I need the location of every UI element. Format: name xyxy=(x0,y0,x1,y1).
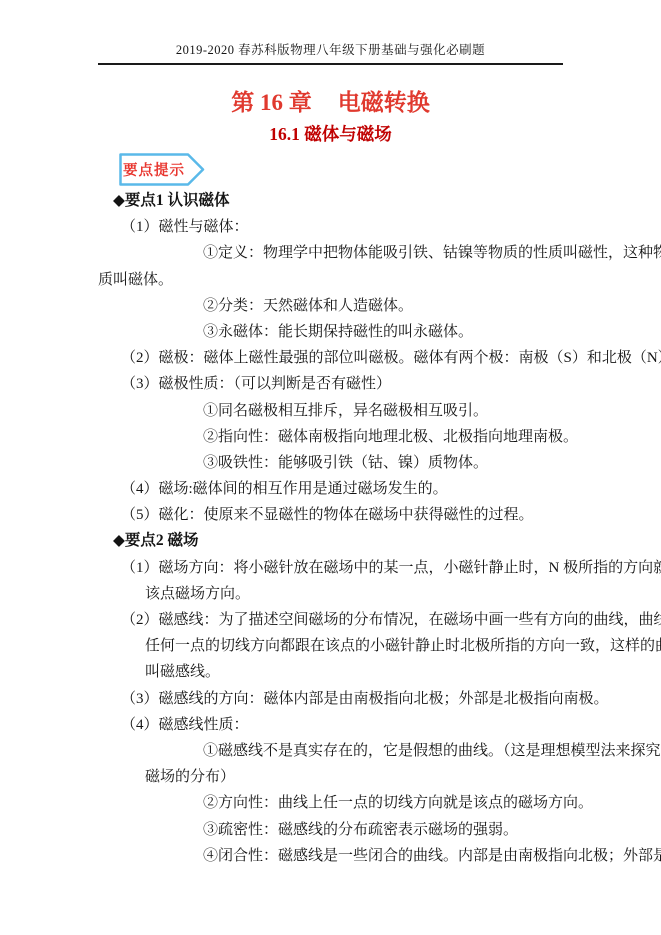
chapter-name: 电磁转换 xyxy=(338,90,430,115)
content-line: ①定义：物理学中把物体能吸引铁、钴镍等物质的性质叫磁性，这种物 xyxy=(0,240,661,266)
content-line: ③吸铁性：能够吸引铁（钴、镍）质物体。 xyxy=(0,450,661,476)
content-line: 叫磁感线。 xyxy=(0,659,661,685)
badge-label: 要点提示 xyxy=(119,153,189,186)
content-line: ①磁感线不是真实存在的，它是假想的曲线。（这是理想模型法来探究 xyxy=(0,738,661,764)
content-line: ②方向性：曲线上任一点的切线方向就是该点的磁场方向。 xyxy=(0,790,661,816)
content-line: （2）磁感线：为了描述空间磁场的分布情况，在磁场中画一些有方向的曲线，曲线上 xyxy=(0,607,661,633)
content-line: ④闭合性：磁感线是一些闭合的曲线。内部是由南极指向北极；外部是 xyxy=(0,843,661,869)
content-line: （2）磁极：磁体上磁性最强的部位叫磁极。磁体有两个极：南极（S）和北极（N）。 xyxy=(0,345,661,371)
content-line: ①同名磁极相互排斥，异名磁极相互吸引。 xyxy=(0,398,661,424)
content-line: （4）磁感线性质： xyxy=(0,712,661,738)
section-subtitle: 16.1 磁体与磁场 xyxy=(0,121,661,146)
content-line: （1）磁性与磁体： xyxy=(0,214,661,240)
content-line: 质叫磁体。 xyxy=(0,267,661,293)
content-line: （3）磁极性质：（可以判断是否有磁性） xyxy=(0,371,661,397)
content-line: （4）磁场:磁体间的相互作用是通过磁场发生的。 xyxy=(0,476,661,502)
chapter-number: 第 16 章 xyxy=(231,90,312,115)
content-line: ③疏密性：磁感线的分布疏密表示磁场的强弱。 xyxy=(0,817,661,843)
content-line: ◆要点1 认识磁体 xyxy=(0,188,661,214)
content-body: ◆要点1 认识磁体（1）磁性与磁体：①定义：物理学中把物体能吸引铁、钴镍等物质的… xyxy=(0,188,661,869)
content-line: （1）磁场方向：将小磁针放在磁场中的某一点，小磁针静止时，N 极所指的方向就是 xyxy=(0,555,661,581)
content-line: ②指向性：磁体南极指向地理北极、北极指向地理南极。 xyxy=(0,424,661,450)
content-line: 磁场的分布） xyxy=(0,764,661,790)
page-header: 2019-2020 春苏科版物理八年级下册基础与强化必刷题 xyxy=(98,40,563,65)
document-page: 2019-2020 春苏科版物理八年级下册基础与强化必刷题 第 16 章电磁转换… xyxy=(0,0,661,935)
content-line: （5）磁化：使原来不显磁性的物体在磁场中获得磁性的过程。 xyxy=(0,502,661,528)
content-line: ◆要点2 磁场 xyxy=(0,528,661,554)
content-line: 该点磁场方向。 xyxy=(0,581,661,607)
content-line: ②分类：天然磁体和人造磁体。 xyxy=(0,293,661,319)
content-line: （3）磁感线的方向：磁体内部是由南极指向北极；外部是北极指向南极。 xyxy=(0,686,661,712)
chapter-title: 第 16 章电磁转换 xyxy=(0,84,661,117)
key-points-badge: 要点提示 xyxy=(119,153,205,186)
header-text: 2019-2020 春苏科版物理八年级下册基础与强化必刷题 xyxy=(176,43,485,57)
content-line: ③永磁体：能长期保持磁性的叫永磁体。 xyxy=(0,319,661,345)
content-line: 任何一点的切线方向都跟在该点的小磁针静止时北极所指的方向一致，这样的曲线 xyxy=(0,633,661,659)
